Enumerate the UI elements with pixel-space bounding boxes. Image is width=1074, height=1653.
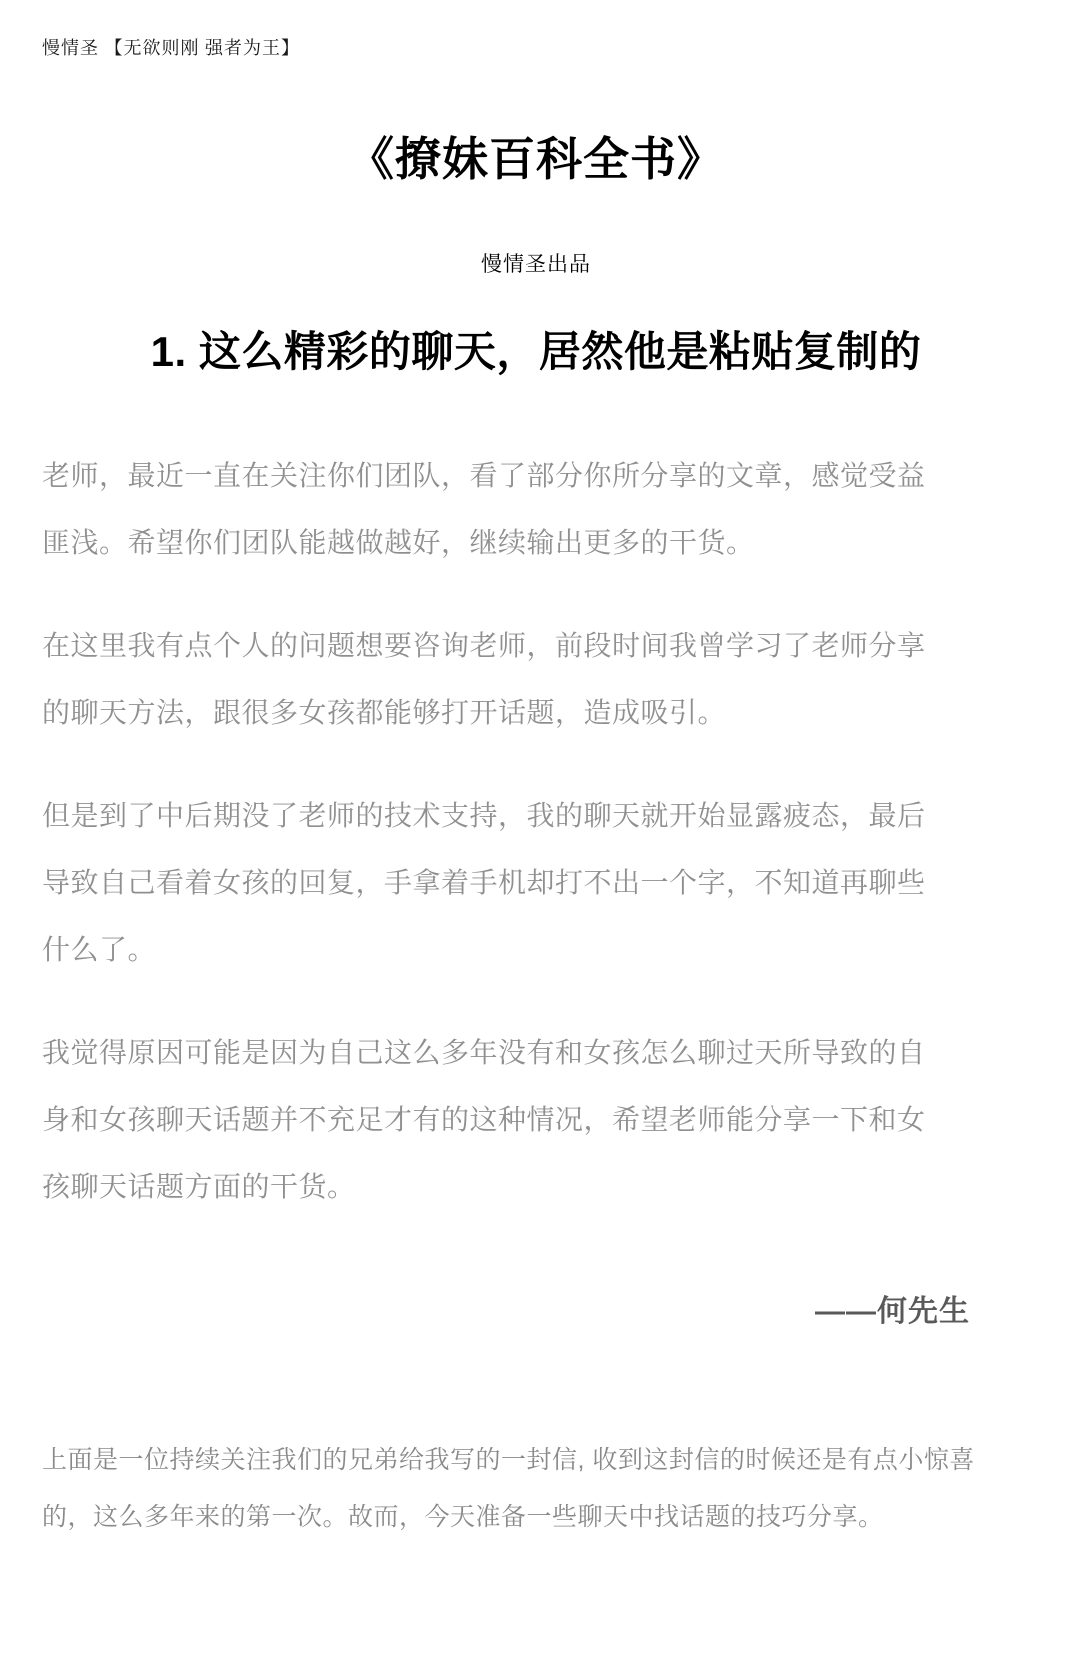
document-header: 慢情圣 【无欲则刚 强者为王】 <box>42 34 1030 60</box>
commentary-paragraph: 上面是一位持续关注我们的兄弟给我写的一封信, 收到这封信的时候还是有点小惊喜 的… <box>42 1432 1030 1546</box>
letter-paragraph: 老师，最近一直在关注你们团队，看了部分你所分享的文章，感觉受益 匪浅。希望你们团… <box>42 442 1030 576</box>
reader-letter: 老师，最近一直在关注你们团队，看了部分你所分享的文章，感觉受益 匪浅。希望你们团… <box>42 442 1030 1330</box>
letter-paragraph: 在这里我有点个人的问题想要咨询老师，前段时间我曾学习了老师分享 的聊天方法，跟很… <box>42 612 1030 746</box>
section-heading: 1. 这么精彩的聊天，居然他是粘贴复制的 <box>42 326 1030 379</box>
book-subtitle: 慢情圣出品 <box>42 248 1030 278</box>
document-page: 慢情圣 【无欲则刚 强者为王】 《撩妹百科全书》 慢情圣出品 1. 这么精彩的聊… <box>0 0 1074 1653</box>
letter-paragraph: 但是到了中后期没了老师的技术支持，我的聊天就开始显露疲态，最后 导致自己看着女孩… <box>42 782 1030 983</box>
book-title: 《撩妹百科全书》 <box>42 130 1030 190</box>
letter-paragraph: 我觉得原因可能是因为自己这么多年没有和女孩怎么聊过天所导致的自 身和女孩聊天话题… <box>42 1019 1030 1220</box>
letter-signature: ——何先生 <box>42 1286 1030 1330</box>
